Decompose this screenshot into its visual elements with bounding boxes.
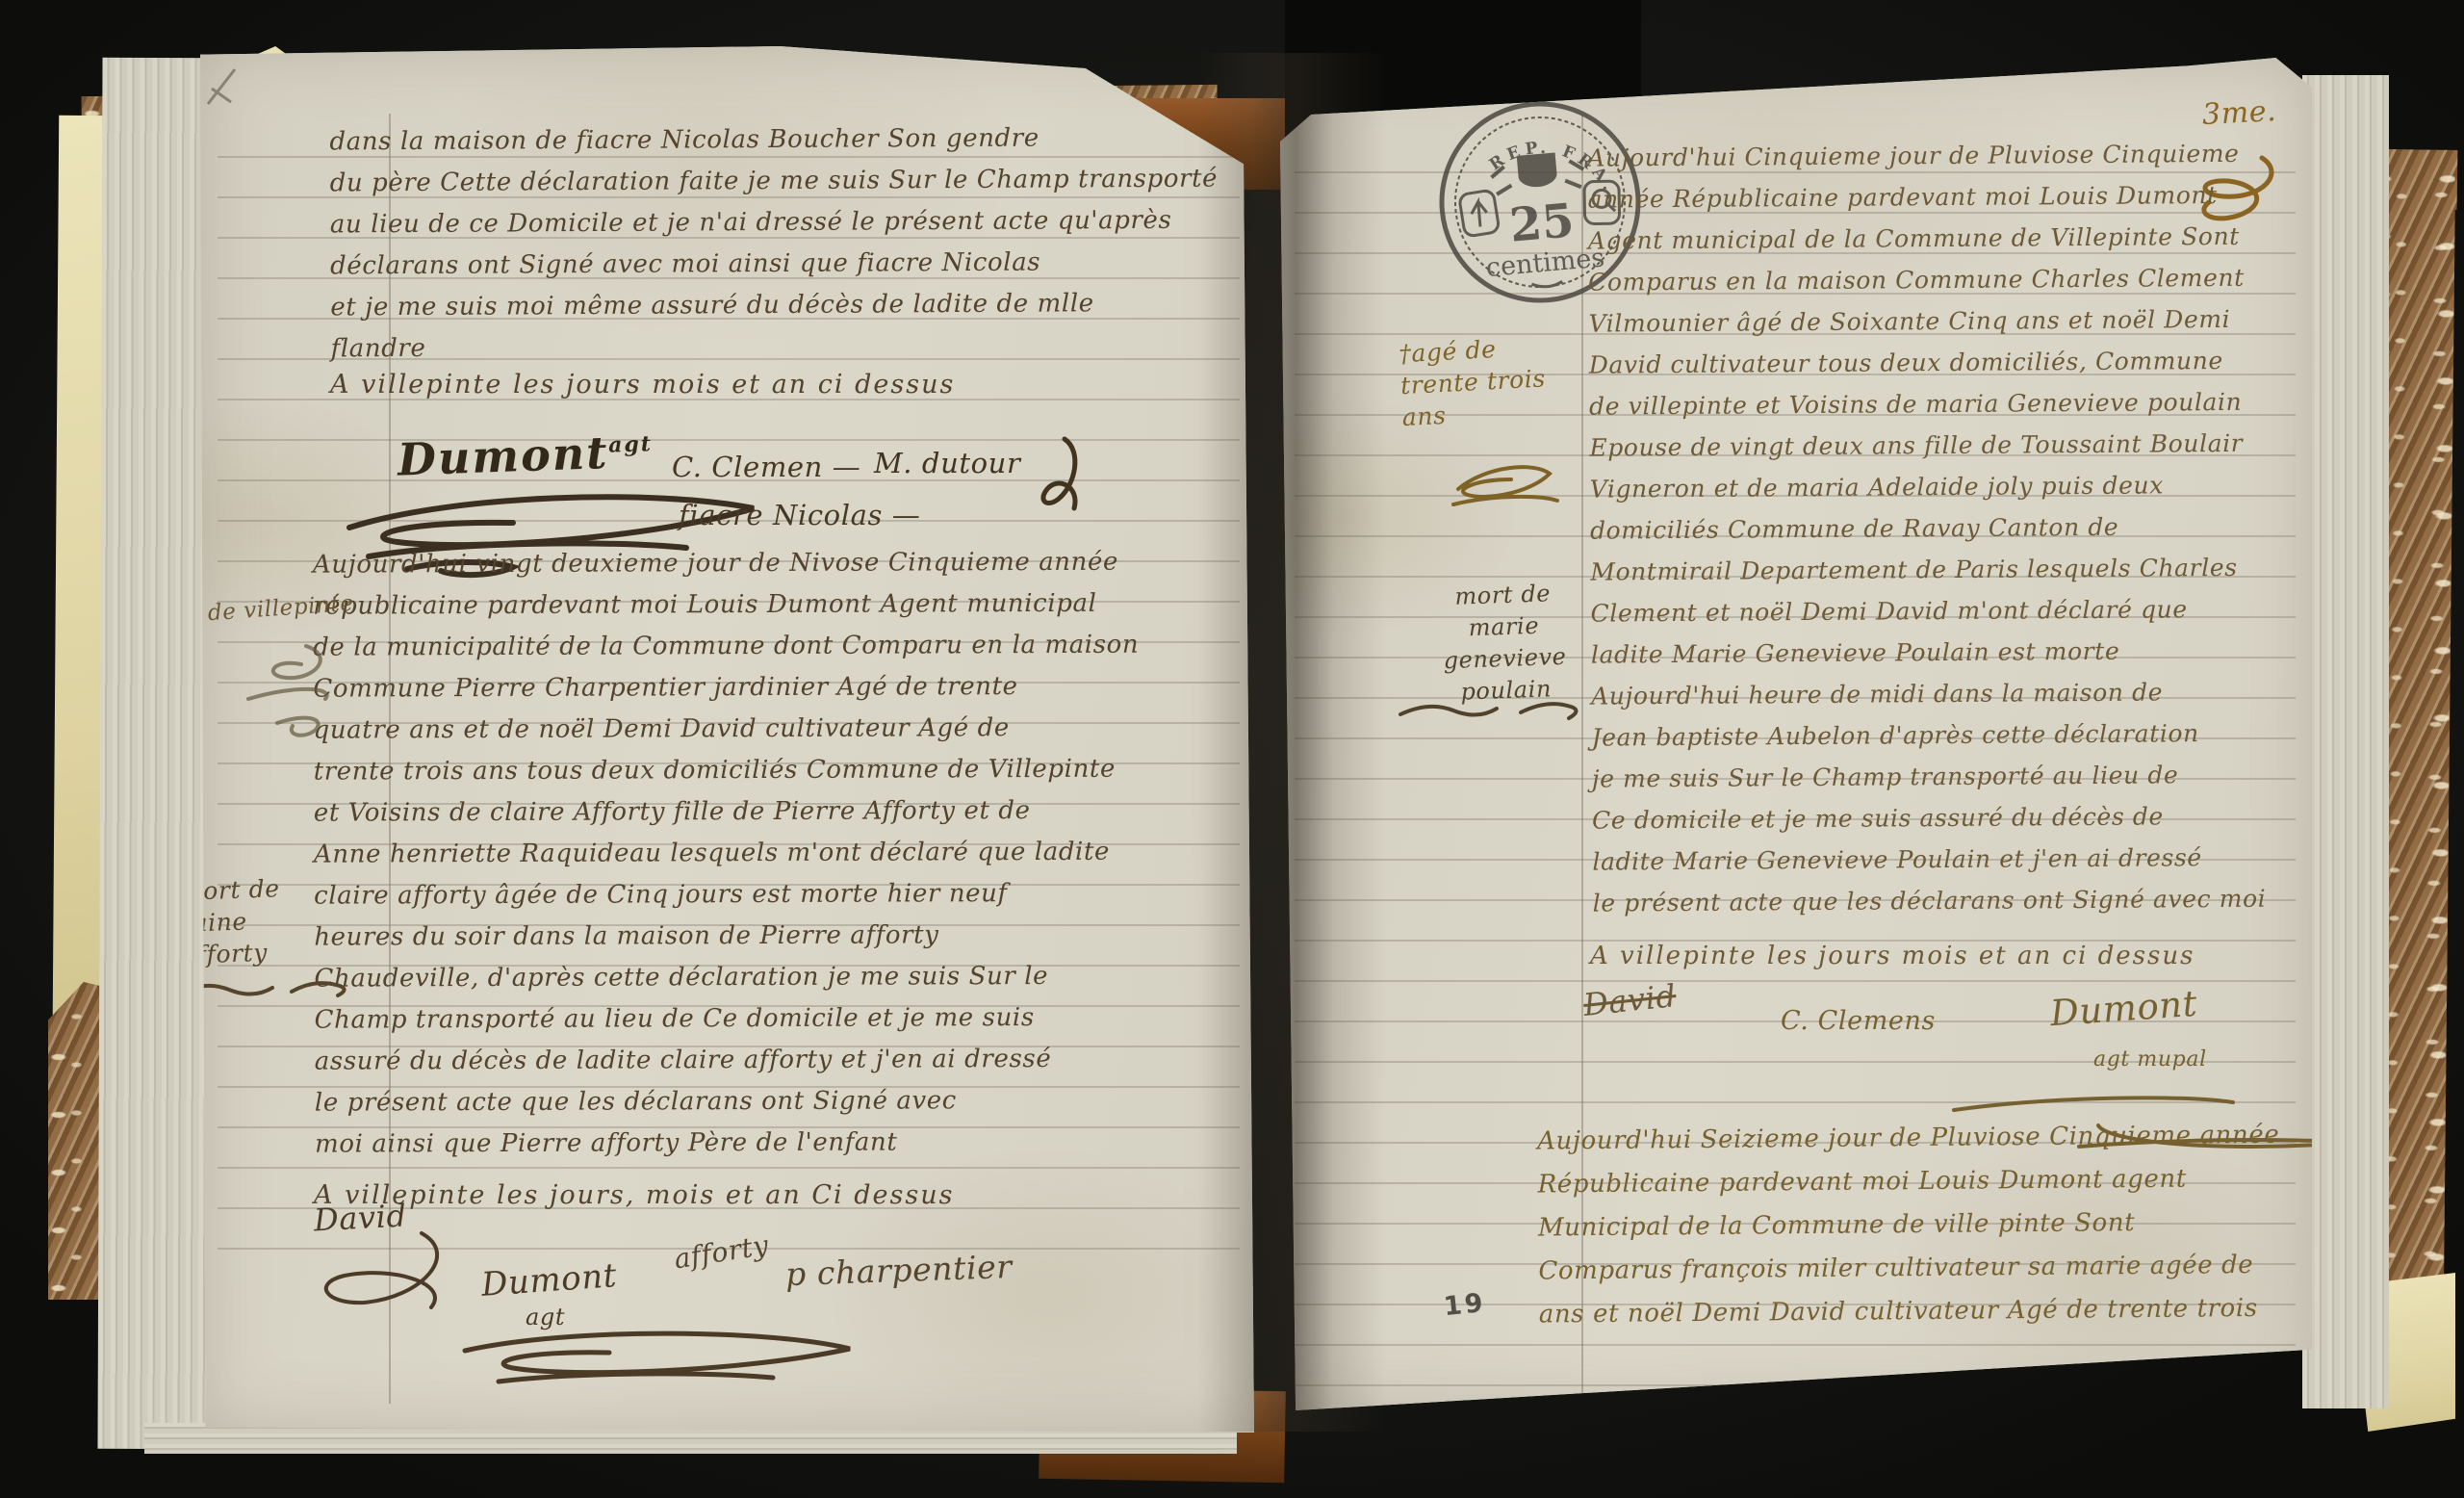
manuscript-line: Montmirail Departement de Paris lesquels… [1590,546,2302,592]
manuscript-line: quatre ans et de noël Demi David cultiva… [313,707,1218,751]
manuscript-act-afforty: Aujourd'hui vingt deuxieme jour de Nivos… [313,541,1219,1165]
manuscript-line: Clement et noël Demi David m'ont déclaré… [1590,587,2302,633]
manuscript-line: Anne henriette Raquideau lesquels m'ont … [314,831,1219,875]
manuscript-act-next: Aujourd'hui Seizieme jour de Pluviose Ci… [1537,1114,2309,1337]
signature-dumont-bottom-flourish [455,1322,869,1394]
signature-dumont-bottom-name: Dumont [480,1256,618,1304]
signature-dumont-title: agt [608,431,654,458]
manuscript-line: et Voisins de claire Afforty fille de Pi… [314,789,1219,834]
place-date-line: A villepinte les jours mois et an ci des… [330,370,955,400]
signature-clement: C. Clemen — [672,451,860,483]
manuscript-line: je me suis Sur le Champ transporté au li… [1592,753,2304,799]
signature-dumont-name: Dumont [397,426,609,486]
manuscript-line: David cultivateur tous deux domiciliés, … [1589,339,2301,385]
sheet-number: 19 [1442,1288,1487,1322]
manuscript-line: Vilmounier âgé de Soixante Cinq ans et n… [1588,297,2300,344]
margin-note-commune-paraph [219,632,354,757]
photo-backdrop: dans la maison de fiacre Nicolas Boucher… [0,0,2464,1498]
signature-dutour-name: M. dutour [874,447,1020,479]
manuscript-line: Aujourd'hui Seizieme jour de Pluviose Ci… [1537,1114,2307,1164]
signature-charpentier: p charpentier [784,1248,1013,1293]
signature-dumont: Dumontagt [397,425,654,485]
signature-dumont-bottom: Dumont [480,1256,618,1304]
manuscript-line: Municipal de la Commune de ville pinte S… [1538,1201,2308,1251]
margin-note-age: †agé detrente troisans [1399,328,1596,433]
right-page: REP. FRA. 25 centimes 3me. Aujourd'hui C… [1280,58,2312,1410]
margin-note-death-poulain-squiggle [1396,695,1588,729]
manuscript-line: Aujourd'hui vingt deuxieme jour de Nivos… [313,541,1218,585]
margin-note-death-afforty: mort deraineafforty [179,868,394,971]
page-stack-right-edge [2302,75,2389,1408]
manuscript-act-ending: dans la maison de fiacre Nicolas Boucher… [329,117,1216,371]
manuscript-line: Comparus en la maison Commune Charles Cl… [1588,256,2300,302]
signature-dutour: M. dutour [874,447,1020,479]
manuscript-line: de la municipalité de la Commune dont Co… [313,624,1218,668]
place-date-line-2: A villepinte les jours, mois et an Ci de… [314,1180,954,1210]
manuscript-act-poulain: Aujourd'hui Cinquieme jour de Pluviose C… [1587,132,2305,923]
signature-david-paraph [306,1226,479,1312]
manuscript-line: déclarans ont Signé avec moi ainsi que f… [330,242,1216,288]
place-date-line-right: A villepinte les jours mois et an ci des… [1590,942,2194,970]
manuscript-line: Aujourd'hui heure de midi dans la maison… [1591,670,2303,716]
manuscript-line: année Républicaine pardevant moi Louis D… [1587,173,2299,220]
manuscript-line: et je me suis moi même assuré du décès d… [330,283,1216,329]
manuscript-line: ladite Marie Genevieve Poulain et j'en a… [1592,836,2304,882]
signature-fiacre-nicolas: fiacre Nicolas — [679,499,920,531]
manuscript-line: Vigneron et de maria Adelaide joly puis … [1590,463,2302,509]
manuscript-line: dans la maison de fiacre Nicolas Boucher… [329,117,1215,164]
manuscript-line: Comparus françois miler cultivateur sa m… [1538,1244,2308,1294]
manuscript-line: Aujourd'hui Cinquieme jour de Pluviose C… [1587,132,2299,178]
manuscript-line: trente trois ans tous deux domiciliés Co… [314,748,1219,792]
manuscript-line: moi ainsi que Pierre afforty Père de l'e… [315,1121,1219,1165]
manuscript-line: Chaudeville, d'après cette déclaration j… [314,955,1219,999]
margin-note-age-flourish [1444,451,1569,513]
stamp-value: 25 [1507,194,1576,253]
signature-clement-right: C. Clemens [1781,1006,1936,1036]
margin-note-death-poulain: mort demariegenevievepoulain [1401,576,1607,710]
manuscript-line: Agent municipal de la Commune de Villepi… [1588,215,2300,261]
manuscript-line: flandre [330,324,1216,371]
manuscript-line: le présent acte que les déclarans ont Si… [315,1079,1219,1123]
manuscript-line: Commune Pierre Charpentier jardinier Agé… [313,665,1218,710]
pencil-corner-mark [202,60,250,117]
left-page: dans la maison de fiacre Nicolas Boucher… [200,46,1254,1433]
manuscript-line: domiciliés Commune de Ravay Canton de [1590,504,2302,551]
manuscript-line: ladite Marie Genevieve Poulain est morte [1591,629,2303,675]
manuscript-line: au lieu de ce Domicile et je n'ai dressé… [330,200,1216,246]
signature-dutour-paraph [1026,431,1093,518]
manuscript-line: de villepinte et Voisins de maria Genevi… [1589,380,2301,426]
manuscript-line: Jean baptiste Aubelon d'après cette décl… [1591,711,2303,758]
manuscript-line: heures du soir dans la maison de Pierre … [314,914,1219,958]
manuscript-line: Epouse de vingt deux ans fille de Toussa… [1589,422,2301,468]
manuscript-line: le présent acte que les déclarans ont Si… [1593,877,2305,923]
manuscript-line: Ce domicile et je me suis assuré du décè… [1592,794,2304,840]
manuscript-line: ans et noël Demi David cultivateur Agé d… [1539,1287,2309,1337]
manuscript-line: claire afforty âgée de Cinq jours est mo… [314,872,1219,917]
manuscript-line: Républicaine pardevant moi Louis Dumont … [1537,1157,2307,1207]
folio-number: 3me. [2201,94,2277,132]
manuscript-line: du père Cette déclaration faite je me su… [330,159,1216,205]
manuscript-line: assuré du décès de ladite claire afforty… [315,1038,1219,1082]
manuscript-line: Champ transporté au lieu de Ce domicile … [315,996,1219,1041]
manuscript-line: républicaine pardevant moi Louis Dumont … [313,582,1218,627]
